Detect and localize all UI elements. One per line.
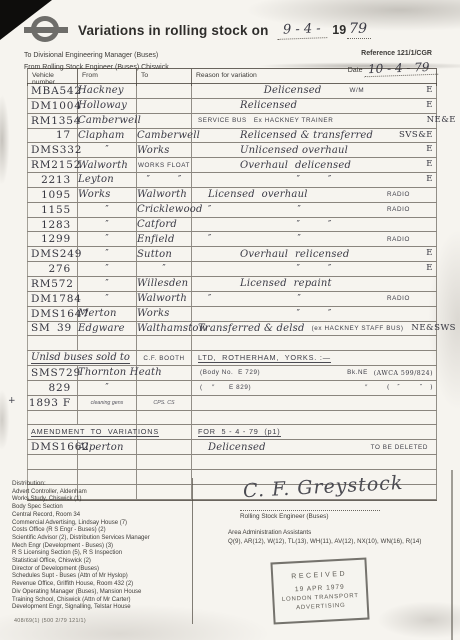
- cell-from: ″: [78, 381, 137, 395]
- reason-text: RADIO: [387, 191, 410, 198]
- reason-text: Overhaul relicensed: [240, 249, 349, 260]
- cell-from: Alperton: [78, 440, 137, 454]
- table-row: SM39EdgwareWalthamstowTransferred & dels…: [27, 322, 437, 337]
- cell-to: Works: [137, 143, 192, 157]
- reason-text: ″: [365, 384, 368, 391]
- cell-vehicle: MBA542: [27, 84, 78, 98]
- row-annotation: E: [426, 248, 433, 258]
- reason-text: Transferred & delsd: [198, 323, 305, 334]
- reason-text: ″: [328, 175, 331, 185]
- cell-vehicle: 1155: [27, 203, 78, 217]
- cell-vehicle: DMS1647: [27, 307, 78, 321]
- vehicle-text: DMS: [31, 441, 60, 453]
- row-annotation: E: [426, 263, 433, 273]
- cell-vehicle: RM572: [27, 277, 78, 291]
- to-text: ″: [147, 175, 150, 185]
- cell-to: [137, 366, 192, 380]
- cell-reason: ( ″ E 829)″( ″ ″ ): [192, 381, 437, 395]
- cell-reason: Overhaul relicensedE: [192, 247, 437, 261]
- london-transport-roundel-icon: [24, 15, 68, 45]
- vehicle-text: 1354: [51, 115, 81, 127]
- cell-from: cleaning gens: [78, 396, 137, 410]
- vehicle-text: 17: [56, 129, 71, 141]
- cell-vehicle: 829: [27, 381, 78, 395]
- row-annotation: NE&E: [427, 115, 456, 125]
- cell-vehicle: SMS729: [27, 366, 78, 380]
- reason-text: LTD, ROTHERHAM, YORKS. :—: [198, 353, 331, 363]
- vehicle-text: RM: [31, 159, 51, 171]
- cell-to: Works: [137, 307, 192, 321]
- distribution-item: Div Operating Manager (Buses), Mansion H…: [12, 589, 188, 597]
- to-text: Works: [137, 145, 170, 156]
- vehicle-text: MBA: [31, 85, 59, 97]
- reason-text: Unlicensed overhaul: [240, 145, 348, 156]
- cell-vehicle: DMS332: [27, 143, 78, 157]
- cell-from: ″: [78, 247, 137, 261]
- table-row: 1283″Catford″″: [27, 218, 437, 233]
- vehicle-text: 2152: [51, 159, 81, 171]
- cell-to: Walworth: [137, 188, 192, 202]
- from-text: Clapham: [78, 130, 125, 141]
- cell-vehicle: RM2152: [27, 158, 78, 172]
- year-prefix: 19: [332, 23, 346, 37]
- table-row: [27, 336, 437, 351]
- cell-to: Cricklewood: [137, 203, 192, 217]
- cell-reason: ″″RADIO: [192, 292, 437, 306]
- from-text: cleaning gens: [91, 400, 124, 406]
- cell-reason: Licensed repaint: [192, 277, 437, 291]
- cell-from: Hackney: [78, 84, 137, 98]
- cell-from: Holloway: [78, 99, 137, 113]
- table-row: 829″( ″ E 829)″( ″ ″ ): [27, 381, 437, 396]
- cell-from: Merton: [78, 307, 137, 321]
- cell-to: ″: [137, 262, 192, 276]
- distribution-item: Commercial Advertising, Lindsay House (7…: [12, 520, 188, 528]
- reason-text: SERVICE BUS Ex HACKNEY TRAINER: [198, 117, 333, 124]
- from-text: Holloway: [78, 100, 127, 111]
- cell-from: ″: [78, 232, 137, 246]
- distribution-item: Advert Controller, Aldenham: [12, 489, 188, 497]
- reason-text: Delicensed: [208, 442, 266, 453]
- reason-text: Relicensed & transferred: [240, 130, 373, 141]
- cell-to: [137, 84, 192, 98]
- cell-reason: [192, 336, 437, 350]
- from-text: Merton: [78, 308, 117, 319]
- reason-text: ″: [298, 205, 301, 215]
- vehicle-text: DMS: [31, 248, 60, 260]
- vehicle-text: 2213: [41, 174, 71, 186]
- reason-text: ″: [208, 294, 211, 304]
- table-row: DM1784″Walworth″″RADIO: [27, 292, 437, 307]
- row-annotation: E: [426, 100, 433, 110]
- cell-from: [78, 336, 137, 350]
- cell-from: ″: [78, 218, 137, 232]
- reason-text: ″: [297, 175, 300, 185]
- to-text: Sutton: [137, 249, 172, 260]
- cell-reason: Relicensed & transferredSVS&E: [192, 129, 437, 143]
- to-text: WORKS FLOAT: [138, 162, 190, 169]
- cell-to: Enfield: [137, 232, 192, 246]
- cell-to: Sutton: [137, 247, 192, 261]
- cell-from: Walworth: [78, 158, 137, 172]
- table-row: RM2152WalworthWORKS FLOATOverhaul delice…: [27, 158, 437, 173]
- vehicle-text: RM: [31, 115, 51, 127]
- cell-reason: [192, 455, 437, 469]
- to-text: Camberwell: [137, 130, 200, 141]
- title-row: Variations in rolling stock on 9 - 4 - 1…: [24, 14, 444, 46]
- cell-vehicle: 1095: [27, 188, 78, 202]
- reason-text: ″: [298, 294, 301, 304]
- reason-text: ″: [328, 309, 331, 319]
- reason-text: Bk.NE: [347, 369, 368, 376]
- cell-to: [137, 99, 192, 113]
- vehicle-text: DM: [31, 100, 52, 112]
- reason-text: RADIO: [387, 206, 410, 213]
- cell-reason: Unlicensed overhaulE: [192, 143, 437, 157]
- reason-text: Licensed overhaul: [208, 189, 308, 200]
- signatory-role: Rolling Stock Engineer (Buses): [240, 513, 328, 520]
- vehicle-text: 276: [49, 263, 71, 275]
- table-row: AMENDMENT TO VARIATIONSFOR 5 - 4 - 79 (p…: [27, 425, 437, 440]
- reason-text: RADIO: [387, 236, 410, 243]
- cell-vehicle: [27, 336, 78, 350]
- cell-to: Willesden: [137, 277, 192, 291]
- cell-reason: SERVICE BUS Ex HACKNEY TRAINERNE&E: [192, 114, 437, 128]
- table-row: MBA542HackneyDelicensedW/ME: [27, 84, 437, 99]
- reference-number: Reference 121/1/CGR: [361, 50, 432, 57]
- to-text: ″: [162, 264, 165, 274]
- cell-reason: DelicensedTO BE DELETED: [192, 440, 437, 454]
- stamp-org: LONDON TRANSPORT: [282, 593, 359, 603]
- table-row: [27, 455, 437, 470]
- cell-reason: ″″RADIO: [192, 203, 437, 217]
- table-row: Unlsd buses sold toC.F. BOOTHLTD, ROTHER…: [27, 351, 437, 366]
- cell-to: [137, 455, 192, 469]
- margin-mark: +: [8, 396, 16, 406]
- from-text: Leyton: [78, 174, 114, 185]
- area-assistants: Area Administration Assistants Q(9), AR(…: [228, 529, 458, 545]
- vehicle-text: SM: [31, 322, 51, 334]
- distribution-item: R S Licensing Section (5), R S Inspectio…: [12, 550, 188, 558]
- from-text: ″: [105, 220, 108, 230]
- to-text: CPS. CS: [153, 400, 174, 406]
- cell-vehicle: AMENDMENT TO VARIATIONS: [27, 425, 78, 439]
- footer-divider: [192, 478, 193, 624]
- reason-text: ″: [297, 309, 300, 319]
- cell-vehicle: 17: [27, 129, 78, 143]
- variations-table: Vehicle number From To Reason for variat…: [27, 68, 437, 501]
- vehicle-text: DM: [31, 293, 52, 305]
- cell-to: [137, 114, 192, 128]
- vehicle-text: 572: [51, 278, 73, 290]
- from-text: Edgware: [78, 323, 125, 334]
- to-text: Walworth: [137, 189, 187, 200]
- reason-text: (Body No. E 729): [200, 369, 260, 376]
- to-text: Works: [137, 308, 170, 319]
- cell-reason: Transferred & delsd(ex HACKNEY STAFF BUS…: [192, 322, 437, 336]
- cell-reason: Overhaul delicensedE: [192, 158, 437, 172]
- row-annotation: E: [426, 174, 433, 184]
- reason-text: ″: [208, 234, 211, 244]
- cell-to: WORKS FLOAT: [137, 158, 192, 172]
- distribution-item: Mech Engr (Development - Buses) (3): [12, 543, 188, 551]
- reason-text: FOR 5 - 4 - 79 (p1): [198, 427, 281, 437]
- reason-text: ″: [298, 234, 301, 244]
- cell-reason: ″″E: [192, 173, 437, 187]
- cell-reason: FOR 5 - 4 - 79 (p1): [192, 425, 437, 439]
- cell-from: Works: [78, 188, 137, 202]
- from-text: ″: [105, 264, 108, 274]
- cell-from: Edgware: [78, 322, 137, 336]
- cell-reason: ″″RADIO: [192, 232, 437, 246]
- reason-text: Overhaul delicensed: [240, 160, 351, 171]
- reason-text: W/M: [350, 87, 365, 94]
- to-text: ″: [178, 175, 181, 185]
- table-row: 2213Leyton″″″″E: [27, 173, 437, 188]
- cell-vehicle: [27, 411, 78, 425]
- table-body: MBA542HackneyDelicensedW/MEDM1004Hollowa…: [27, 84, 437, 500]
- cell-to: Walworth: [137, 292, 192, 306]
- table-row: DM1004HollowayRelicensedE: [27, 99, 437, 114]
- distribution-item: Body Spec Section: [12, 504, 188, 512]
- to-text: Willesden: [137, 278, 188, 289]
- table-row: DMS332″WorksUnlicensed overhaulE: [27, 143, 437, 158]
- table-row: DMS249″SuttonOverhaul relicensedE: [27, 247, 437, 262]
- cell-vehicle: 2213: [27, 173, 78, 187]
- table-row: +1893 Fcleaning gensCPS. CS: [27, 396, 437, 411]
- variation-date-handwritten: 9 - 4 -: [276, 21, 326, 40]
- from-text: Works: [78, 189, 111, 200]
- reason-text: ″: [328, 220, 331, 230]
- cell-reason: (Body No. E 729)Bk.NE(AWCA 599/824): [192, 366, 437, 380]
- cell-reason: ″″: [192, 218, 437, 232]
- from-text: ″: [105, 249, 108, 259]
- vehicle-text: 1283: [41, 219, 71, 231]
- vehicle-text: 829: [49, 382, 71, 394]
- form-footer: Distribution: Advert Controller, Aldenha…: [0, 472, 460, 640]
- cell-from: Thornton Heath: [78, 366, 137, 380]
- table-row: 1299″Enfield″″RADIO: [27, 232, 437, 247]
- reason-text: (ex HACKNEY STAFF BUS): [312, 325, 404, 332]
- distribution-label: Distribution:: [12, 480, 188, 488]
- cell-to: Catford: [137, 218, 192, 232]
- received-stamp: RECEIVED 19 APR 1979 LONDON TRANSPORT AD…: [270, 558, 369, 625]
- cell-reason: DelicensedW/ME: [192, 84, 437, 98]
- scanned-form-page: Variations in rolling stock on 9 - 4 - 1…: [0, 0, 460, 640]
- vehicle-text: 1155: [41, 204, 71, 216]
- distribution-item: Training School, Chiswick (Attn of Mr Ca…: [12, 597, 188, 605]
- from-text: ″: [105, 294, 108, 304]
- reason-text: ″: [328, 264, 331, 274]
- cell-from: ″: [78, 203, 137, 217]
- form-title: Variations in rolling stock on: [78, 23, 269, 38]
- distribution-item: Central Record, Room 34: [12, 512, 188, 520]
- cell-from: [78, 455, 137, 469]
- cell-reason: LTD, ROTHERHAM, YORKS. :—: [192, 351, 437, 365]
- from-text: Hackney: [78, 85, 124, 96]
- from-text: Camberwell: [78, 115, 141, 126]
- cell-vehicle: Unlsd buses sold to: [27, 351, 78, 365]
- cell-from: Camberwell: [78, 114, 137, 128]
- to-text: C.F. BOOTH: [143, 355, 184, 362]
- vehicle-text: DMS: [31, 308, 60, 320]
- cell-vehicle: DMS1662: [27, 440, 78, 454]
- cell-to: ″″: [137, 173, 192, 187]
- row-annotation: ( ″ ″ ): [387, 384, 433, 391]
- cell-vehicle: [27, 455, 78, 469]
- reason-text: RADIO: [387, 295, 410, 302]
- form-code: 408/69(1) (500 2/79 121/1): [14, 618, 86, 624]
- cell-vehicle: 1299: [27, 232, 78, 246]
- distribution-item: Schedules Supt - Buses (Attn of Mr Hyslo…: [12, 573, 188, 581]
- row-annotation: E: [426, 144, 433, 154]
- reason-text: ( ″ E 829): [200, 384, 251, 391]
- cell-vehicle: 276: [27, 262, 78, 276]
- distribution-item: Revenue Office, Griffith House, Room 432…: [12, 581, 188, 589]
- vehicle-text: RM: [31, 278, 51, 290]
- table-row: DMS1647MertonWorks″″: [27, 307, 437, 322]
- reason-text: ″: [297, 220, 300, 230]
- cell-vehicle: 1283: [27, 218, 78, 232]
- assistants-label: Area Administration Assistants: [228, 529, 458, 536]
- table-row: SMS729Thornton Heath(Body No. E 729)Bk.N…: [27, 366, 437, 381]
- vehicle-text: 39: [57, 322, 72, 334]
- reason-text: ″: [208, 205, 211, 215]
- cell-from: Clapham: [78, 129, 137, 143]
- cell-from: [78, 411, 137, 425]
- table-row: 1155″Cricklewood″″RADIO: [27, 203, 437, 218]
- form-header: Variations in rolling stock on 9 - 4 - 1…: [24, 14, 444, 71]
- signature: C. F. Greystock: [243, 472, 404, 502]
- cell-reason: ″″E: [192, 262, 437, 276]
- cell-to: [137, 381, 192, 395]
- distribution-list: Distribution: Advert Controller, Aldenha…: [12, 480, 188, 612]
- reason-text: Licensed repaint: [240, 278, 332, 289]
- stamp-received: RECEIVED: [291, 571, 347, 581]
- stamp-dept: ADVERTISING: [296, 603, 346, 612]
- table-row: [27, 411, 437, 426]
- from-text: Alperton: [78, 442, 124, 453]
- distribution-item: Director of Development (Buses): [12, 566, 188, 574]
- cell-to: Camberwell: [137, 129, 192, 143]
- distribution-item: Scientific Advisor (2), Distribution Ser…: [12, 535, 188, 543]
- cell-vehicle: DM1004: [27, 99, 78, 113]
- vehicle-text: 1095: [41, 189, 71, 201]
- cell-vehicle: DMS249: [27, 247, 78, 261]
- cell-to: [137, 440, 192, 454]
- from-text: ″: [105, 383, 108, 393]
- cell-from: ″: [78, 292, 137, 306]
- vehicle-text: 1299: [41, 233, 71, 245]
- cell-reason: [192, 411, 437, 425]
- reason-text: TO BE DELETED: [371, 444, 428, 451]
- reason-text: Relicensed: [240, 100, 297, 111]
- cell-vehicle: RM1354: [27, 114, 78, 128]
- from-text: Walworth: [78, 160, 128, 171]
- table-row: RM572″WillesdenLicensed repaint: [27, 277, 437, 292]
- cell-from: Leyton: [78, 173, 137, 187]
- cell-reason: ″″: [192, 307, 437, 321]
- table-row: 1095WorksWalworthLicensed overhaulRADIO: [27, 188, 437, 203]
- table-row: 17ClaphamCamberwellRelicensed & transfer…: [27, 129, 437, 144]
- from-text: ″: [105, 145, 108, 155]
- row-annotation: E: [426, 85, 433, 95]
- stamp-date: 19 APR 1979: [295, 584, 345, 594]
- cell-to: Walthamstow: [137, 322, 192, 336]
- row-annotation: E: [426, 159, 433, 169]
- vehicle-text: Unlsd buses sold to: [31, 352, 130, 364]
- distribution-item: Development Engr, Signalling, Telstar Ho…: [12, 604, 188, 612]
- distribution-item: Costs Office (R S Engr - Buses) (2): [12, 527, 188, 535]
- cell-to: CPS. CS: [137, 396, 192, 410]
- cell-from: ″: [78, 143, 137, 157]
- vehicle-text: AMENDMENT TO VARIATIONS: [31, 427, 159, 437]
- distribution-item: Works Study, Chiswick (1): [12, 496, 188, 504]
- to-text: Enfield: [137, 234, 175, 245]
- cell-vehicle: DM1784: [27, 292, 78, 306]
- from-text: ″: [105, 234, 108, 244]
- cell-to: C.F. BOOTH: [137, 351, 192, 365]
- from-text: ″: [105, 205, 108, 215]
- cell-reason: RelicensedE: [192, 99, 437, 113]
- reason-text: ″: [297, 264, 300, 274]
- row-annotation: SVS&E: [399, 130, 433, 140]
- cell-from: ″: [78, 277, 137, 291]
- to-text: Catford: [137, 219, 177, 230]
- cell-to: [137, 336, 192, 350]
- row-annotation: NE&SWS: [411, 323, 456, 333]
- cell-vehicle: 1893 F: [27, 396, 78, 410]
- cell-reason: [192, 396, 437, 410]
- to-text: Walworth: [137, 293, 187, 304]
- distribution-item: Statistical Office, Chiswick (2): [12, 558, 188, 566]
- table-row: 276″″″″E: [27, 262, 437, 277]
- table-row: RM1354CamberwellSERVICE BUS Ex HACKNEY T…: [27, 114, 437, 129]
- table-header-row: Vehicle number From To Reason for variat…: [27, 69, 437, 84]
- table-row: DMS1662AlpertonDelicensedTO BE DELETED: [27, 440, 437, 455]
- year-handwritten: 79: [347, 21, 371, 39]
- vehicle-text: DMS: [31, 144, 60, 156]
- cell-vehicle: SM39: [27, 322, 78, 336]
- cell-from: ″: [78, 262, 137, 276]
- vehicle-text: 1893 F: [29, 397, 71, 409]
- signature-line: [240, 510, 380, 511]
- row-annotation: (AWCA 599/824): [374, 370, 433, 377]
- assistants-codes: Q(9), AR(12), W(12), TL(13), WH(11), AV(…: [228, 538, 458, 545]
- cell-reason: Licensed overhaulRADIO: [192, 188, 437, 202]
- vehicle-text: SMS: [31, 367, 59, 379]
- cell-to: [137, 411, 192, 425]
- from-text: ″: [105, 279, 108, 289]
- reason-text: Delicensed: [264, 85, 322, 96]
